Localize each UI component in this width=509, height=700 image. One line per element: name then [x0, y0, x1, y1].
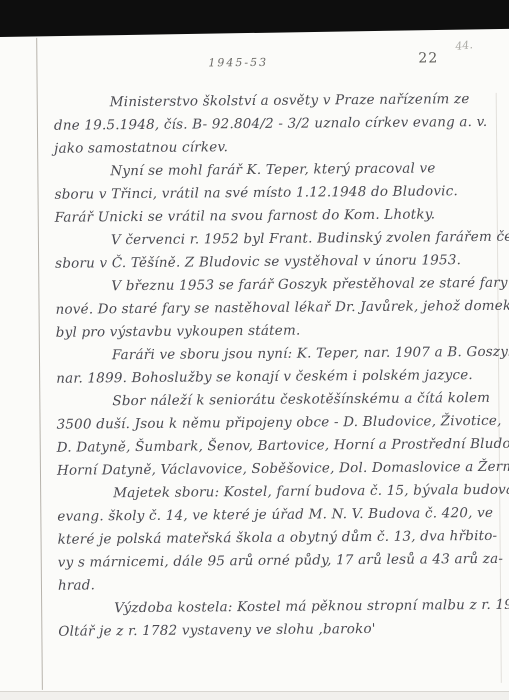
handwritten-line: dne 19.5.1948, čís. B- 92.804/2 - 3/2 uz…	[54, 111, 478, 138]
handwritten-line: Oltář je z r. 1782 vystaveny ve slohu ,b…	[58, 617, 482, 644]
handwritten-line: Výzdoba kostela: Kostel má pěknou stropn…	[58, 594, 482, 621]
header-year-range: 1945-53	[208, 56, 268, 70]
paragraph: Výzdoba kostela: Kostel má pěknou stropn…	[58, 594, 482, 644]
paragraph: V březnu 1953 se farář Goszyk přestěhova…	[55, 272, 480, 345]
paragraph: Sbor náleží k seniorátu českotěšínskému …	[56, 387, 481, 483]
paragraph: Nyní se mohl farář K. Teper, který praco…	[54, 157, 479, 230]
page-number: 22	[418, 50, 438, 66]
handwriting-body: Ministerstvo školství a osvěty v Praze n…	[54, 88, 483, 644]
handwritten-line: nové. Do staré fary se nastěhoval lékař …	[55, 295, 479, 322]
paragraph: Faráři ve sboru jsou nyní: K. Teper, nar…	[56, 341, 480, 391]
left-margin-line	[36, 38, 43, 690]
corner-pencil-annotation: 44.	[455, 38, 474, 53]
handwritten-line: vy s márnicemi, dále 95 arů orné půdy, 1…	[58, 548, 482, 575]
scanned-document-page: 1945-53 22 44. Ministerstvo školství a o…	[0, 0, 509, 700]
paragraph: V červenci r. 1952 byl Frant. Budinský z…	[55, 226, 479, 276]
bottom-shade	[0, 692, 509, 700]
paragraph: Ministerstvo školství a osvěty v Praze n…	[54, 88, 479, 161]
paragraph: Majetek sboru: Kostel, farní budova č. 1…	[57, 479, 482, 598]
page-content: 1945-53 22 44. Ministerstvo školství a o…	[0, 0, 509, 700]
